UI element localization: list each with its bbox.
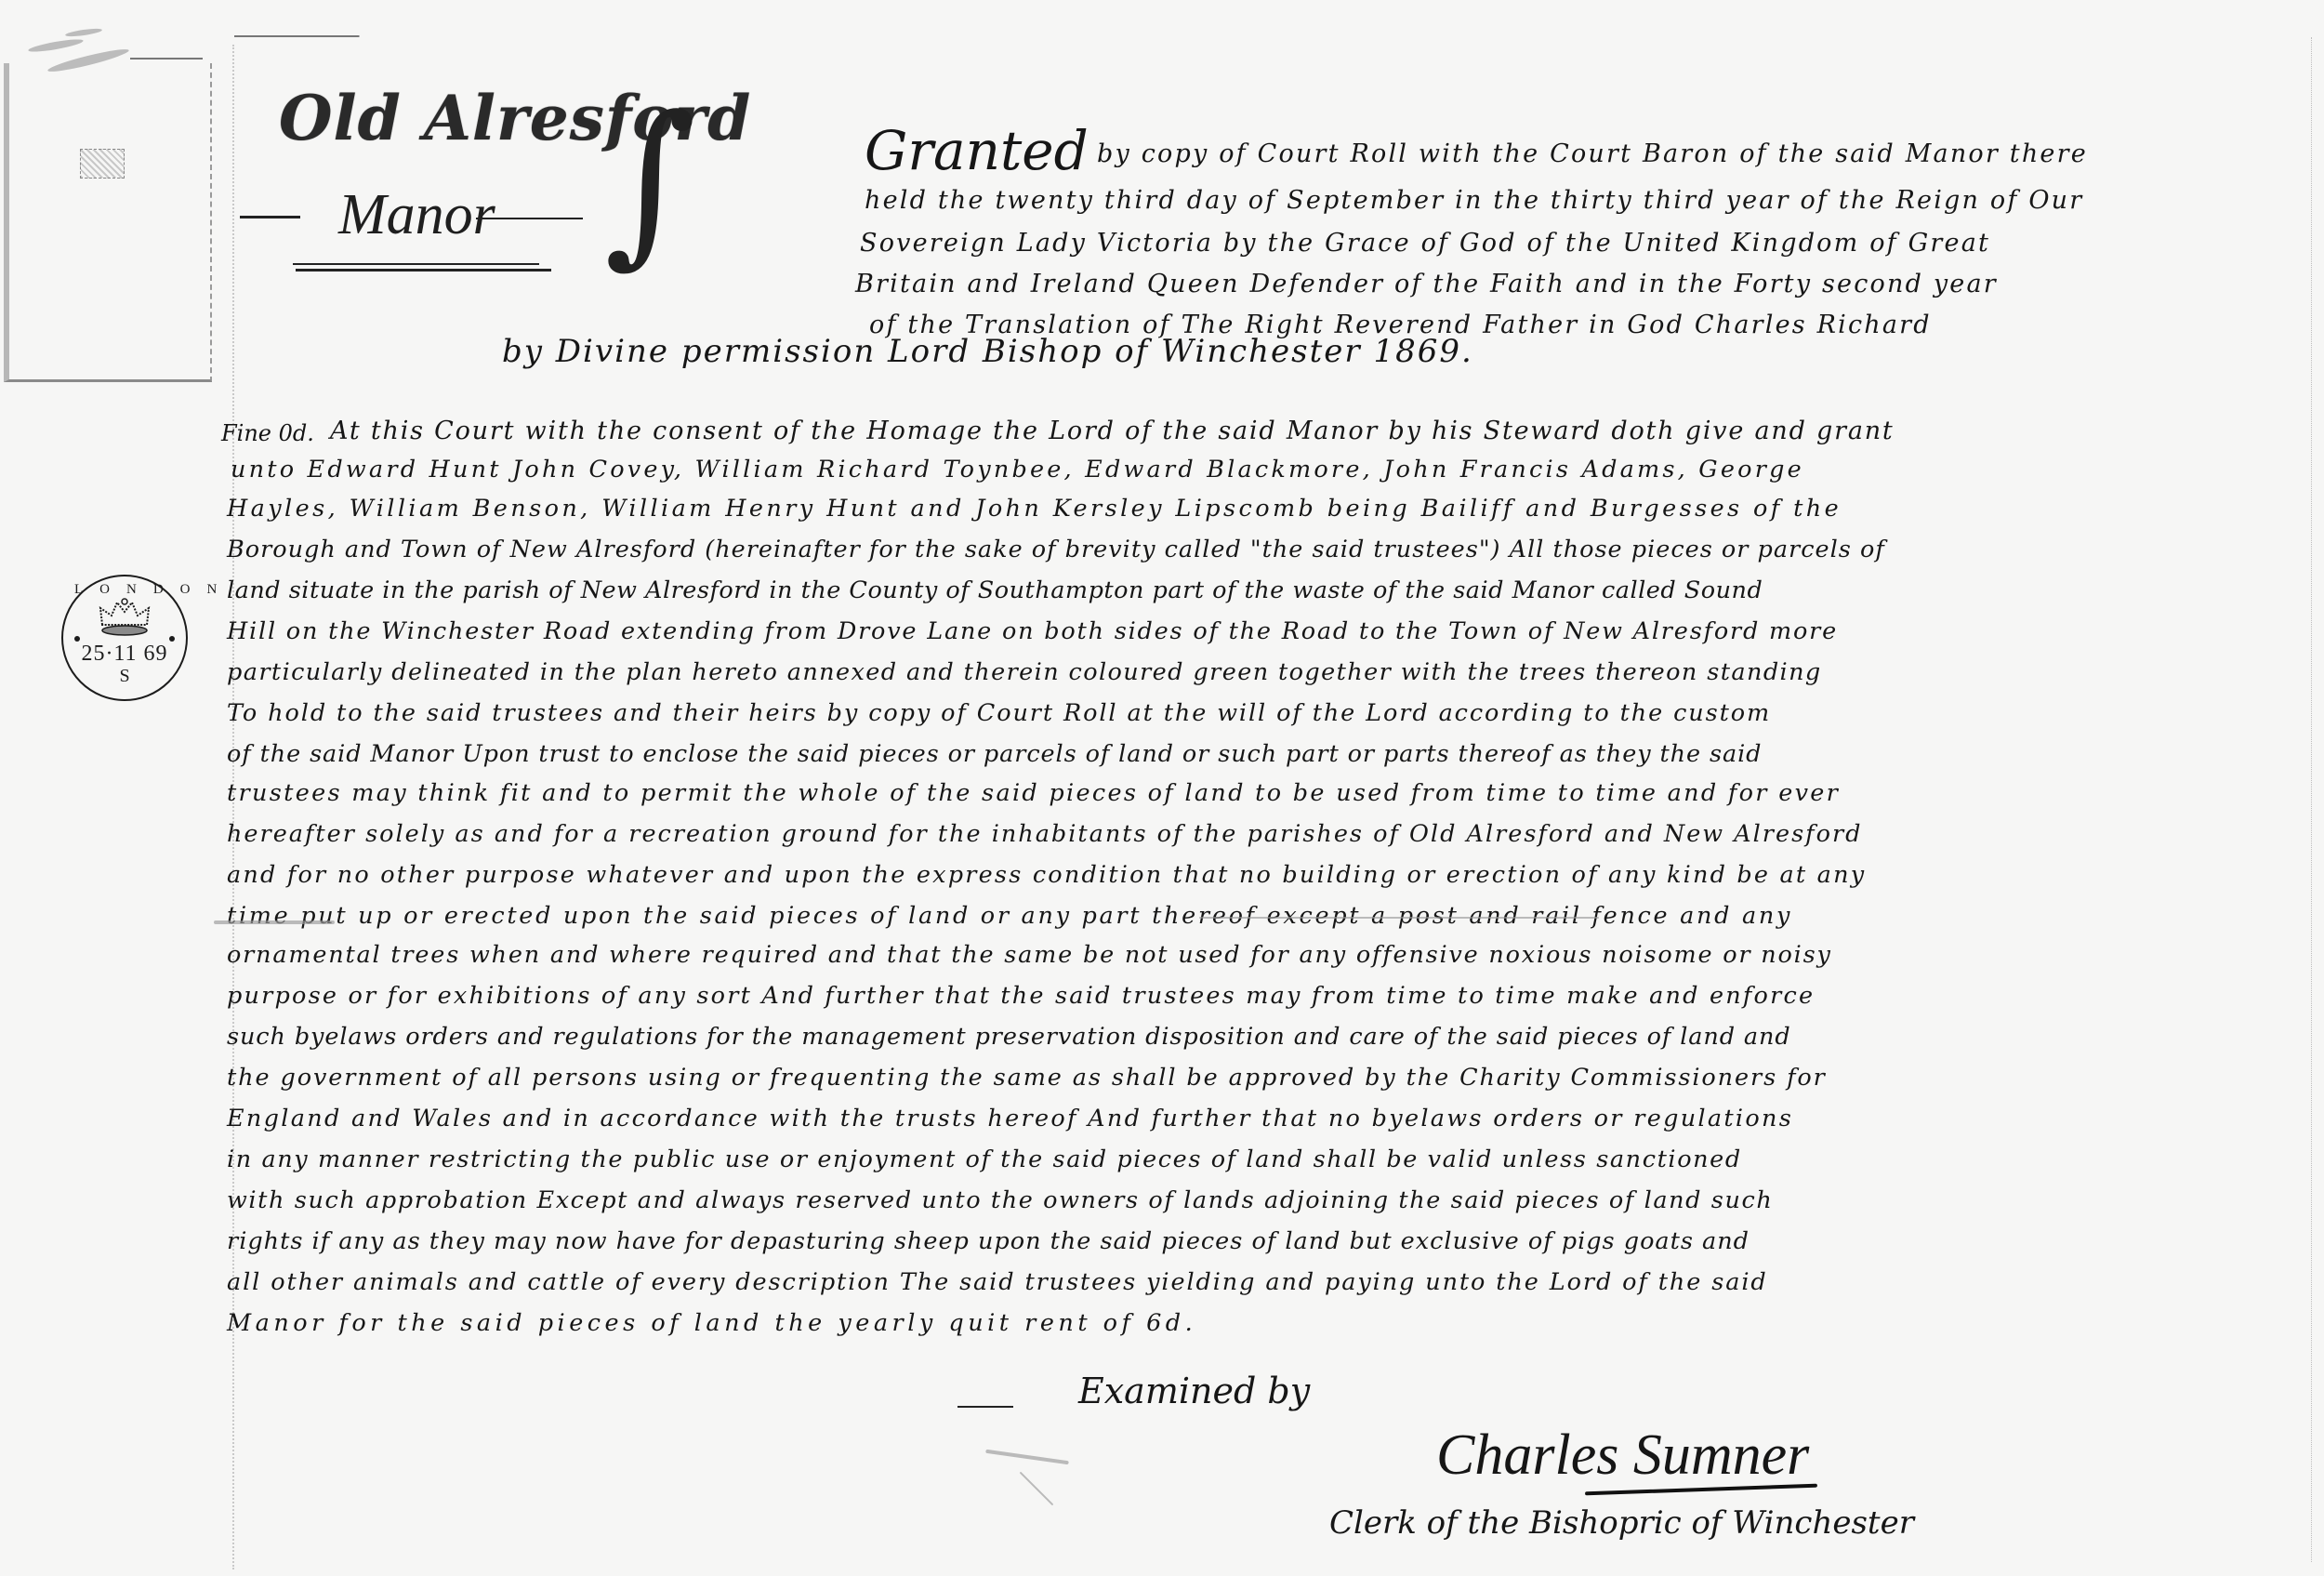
body-line: trustees may think fit and to permit the… bbox=[227, 779, 1840, 807]
pencil-mark bbox=[1199, 917, 1599, 919]
signatory-title: Clerk of the Bishopric of Winchester bbox=[1329, 1504, 1914, 1542]
body-line: At this Court with the consent of the Ho… bbox=[330, 417, 1895, 445]
brace-flourish: ∫ bbox=[604, 93, 679, 279]
postmark-city: LONDON bbox=[63, 582, 186, 598]
body-line: England and Wales and in accordance with… bbox=[227, 1105, 1793, 1132]
grant-line: by Divine permission Lord Bishop of Winc… bbox=[502, 333, 1473, 370]
body-line: Hayles, William Benson, William Henry Hu… bbox=[227, 495, 1842, 523]
heading-subtitle: Manor bbox=[338, 182, 495, 248]
document-page: LONDON 25·11 69 S Old Alresford Manor ∫ … bbox=[0, 0, 2324, 1576]
pencil-mark bbox=[214, 920, 335, 924]
flap-stamp-mark bbox=[80, 149, 125, 179]
pencil-mark bbox=[985, 1450, 1069, 1464]
top-border-line bbox=[234, 35, 2317, 37]
left-margin-line bbox=[232, 45, 236, 1569]
body-line: land situate in the parish of New Alresf… bbox=[227, 576, 1763, 604]
body-line: unto Edward Hunt John Covey, William Ric… bbox=[231, 456, 1804, 483]
postmark-date: 25·11 69 bbox=[63, 642, 186, 667]
folded-flap bbox=[4, 63, 212, 382]
margin-note-fine: Fine 0d. bbox=[221, 420, 314, 446]
signature: Charles Sumner bbox=[1436, 1423, 1809, 1489]
heading-double-rule bbox=[296, 269, 551, 271]
grant-first-word: Granted bbox=[865, 119, 1089, 182]
body-line: the government of all persons using or f… bbox=[227, 1064, 1827, 1092]
body-line: and for no other purpose whatever and up… bbox=[227, 861, 1866, 889]
body-line: To hold to the said trustees and their h… bbox=[227, 699, 1771, 727]
grant-line: Britain and Ireland Queen Defender of th… bbox=[855, 270, 1998, 298]
grant-line: Sovereign Lady Victoria by the Grace of … bbox=[860, 229, 1990, 258]
crown-icon bbox=[97, 597, 152, 638]
body-line: Manor for the said pieces of land the ye… bbox=[227, 1309, 1196, 1337]
body-line: all other animals and cattle of every de… bbox=[227, 1268, 1768, 1296]
examined-label: Examined by bbox=[1078, 1371, 1310, 1411]
right-margin-line bbox=[2311, 37, 2313, 1562]
body-line: of the said Manor Upon trust to enclose … bbox=[227, 740, 1762, 768]
flap-corner-line bbox=[130, 58, 203, 60]
body-line: rights if any as they may now have for d… bbox=[227, 1227, 1750, 1255]
body-line: ornamental trees when and where required… bbox=[227, 941, 1832, 969]
postmark-letter: S bbox=[63, 666, 186, 687]
body-line: particularly delineated in the plan here… bbox=[227, 658, 1822, 686]
body-line: in any manner restricting the public use… bbox=[227, 1146, 1742, 1173]
ink-smudge bbox=[65, 27, 102, 38]
heading-rule-left bbox=[240, 216, 300, 219]
body-line: with such approbation Except and always … bbox=[227, 1186, 1773, 1214]
ink-smudge bbox=[28, 37, 84, 54]
grant-line: held the twenty third day of September i… bbox=[865, 186, 2083, 215]
pencil-mark bbox=[1020, 1472, 1054, 1506]
grant-line: by copy of Court Roll with the Court Bar… bbox=[1097, 139, 2088, 168]
heading-rule-right bbox=[476, 218, 583, 219]
london-postmark: LONDON 25·11 69 S bbox=[61, 575, 188, 701]
body-line: Borough and Town of New Alresford (herei… bbox=[227, 536, 1885, 563]
body-line: Hill on the Winchester Road extending fr… bbox=[227, 617, 1838, 645]
body-line: purpose or for exhibitions of any sort A… bbox=[227, 982, 1815, 1010]
body-line: hereafter solely as and for a recreation… bbox=[227, 820, 1862, 848]
body-line: such byelaws orders and regulations for … bbox=[227, 1023, 1791, 1051]
examined-dash bbox=[957, 1406, 1013, 1408]
body-line: time put up or erected upon the said pie… bbox=[227, 902, 1792, 930]
heading-double-rule bbox=[293, 263, 539, 265]
